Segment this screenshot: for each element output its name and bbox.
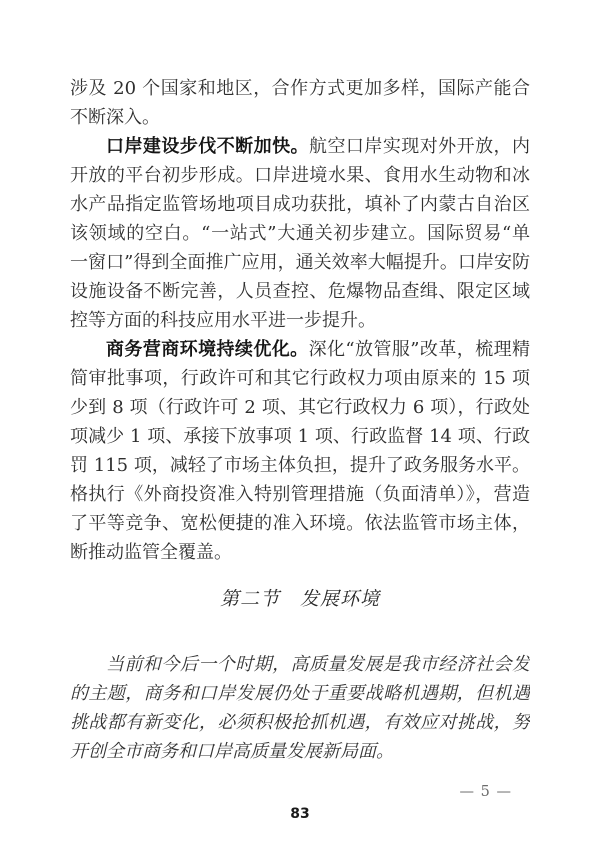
body-text: 涉及 20 个国家和地区，合作方式更加多样，国际产能合作不断深入。口岸建设步伐不… xyxy=(70,74,530,567)
line-text: 格执行《外商投资准入特别管理措施（负面清单）》，营造 xyxy=(70,484,530,505)
line-text: 深化“放管服”改革，梳理精 xyxy=(309,339,530,360)
line-text: 不断深入。 xyxy=(70,107,160,128)
scan-page-number: 83 xyxy=(0,806,600,822)
line-text: 项减少 1 项、承接下放事项 1 项、行政监督 14 项、行政处 xyxy=(70,426,530,451)
text-line: 商务营商环境持续优化。深化“放管服”改革，梳理精 xyxy=(70,335,530,364)
text-line: 该领域的空白。“一站式”大通关初步建立。国际贸易“单 xyxy=(70,219,530,248)
line-text: 断推动监管全覆盖。 xyxy=(70,542,232,563)
line-text: 水产品指定监管场地项目成功获批，填补了内蒙古自治区在 xyxy=(70,194,530,219)
text-line: 水产品指定监管场地项目成功获批，填补了内蒙古自治区在 xyxy=(70,190,530,219)
text-line: 的主题，商务和口岸发展仍处于重要战略机遇期，但机遇和 xyxy=(70,679,530,708)
section-text: 当前和今后一个时期，高质量发展是我市经济社会发展的主题，商务和口岸发展仍处于重要… xyxy=(70,650,530,766)
line-text: 开创全市商务和口岸高质量发展新局面。 xyxy=(70,741,394,762)
document-page: 涉及 20 个国家和地区，合作方式更加多样，国际产能合作不断深入。口岸建设步伐不… xyxy=(0,0,600,848)
line-text: 该领域的空白。“一站式”大通关初步建立。国际贸易“单 xyxy=(70,223,530,244)
text-line: 一窗口”得到全面推广应用，通关效率大幅提升。口岸安防 xyxy=(70,248,530,277)
text-line: 罚 115 项，减轻了市场主体负担，提升了政务服务水平。严 xyxy=(70,451,530,480)
line-text: 的主题，商务和口岸发展仍处于重要战略机遇期，但机遇和 xyxy=(70,683,530,708)
text-line: 口岸建设步伐不断加快。航空口岸实现对外开放，内陆 xyxy=(70,132,530,161)
page-content: 涉及 20 个国家和地区，合作方式更加多样，国际产能合作不断深入。口岸建设步伐不… xyxy=(70,74,530,766)
text-line: 不断深入。 xyxy=(70,103,530,132)
bold-lead-in: 口岸建设步伐不断加快。 xyxy=(106,136,309,157)
section-heading: 第二节 发展环境 xyxy=(70,585,530,614)
text-line: 设施设备不断完善，人员查控、危爆物品查缉、限定区域管 xyxy=(70,277,530,306)
text-line: 少到 8 项（行政许可 2 项、其它行政权力 6 项），行政处罚 xyxy=(70,393,530,422)
line-text: 简审批事项，行政许可和其它行政权力项由原来的 15 项减 xyxy=(70,368,530,393)
text-line: 涉及 20 个国家和地区，合作方式更加多样，国际产能合作 xyxy=(70,74,530,103)
text-line: 挑战都有新变化，必须积极抢抓机遇，有效应对挑战，努力 xyxy=(70,708,530,737)
line-text: 一窗口”得到全面推广应用，通关效率大幅提升。口岸安防 xyxy=(70,252,530,273)
text-line: 了平等竞争、宽松便捷的准入环境。依法监管市场主体，不 xyxy=(70,509,530,538)
text-line: 开放的平台初步形成。口岸进境水果、食用水生动物和冰鲜 xyxy=(70,161,530,190)
text-line: 当前和今后一个时期，高质量发展是我市经济社会发展 xyxy=(70,650,530,679)
line-text: 控等方面的科技应用水平进一步提升。 xyxy=(70,310,376,331)
line-text: 挑战都有新变化，必须积极抢抓机遇，有效应对挑战，努力 xyxy=(70,712,530,737)
line-text: 设施设备不断完善，人员查控、危爆物品查缉、限定区域管 xyxy=(70,281,530,306)
text-line: 简审批事项，行政许可和其它行政权力项由原来的 15 项减 xyxy=(70,364,530,393)
line-text: 当前和今后一个时期，高质量发展是我市经济社会发展 xyxy=(106,654,530,679)
footer-page-number: — 5 — xyxy=(460,781,512,803)
bold-lead-in: 商务营商环境持续优化。 xyxy=(106,339,309,360)
line-text: 涉及 20 个国家和地区，合作方式更加多样，国际产能合作 xyxy=(70,78,530,103)
line-text: 罚 115 项，减轻了市场主体负担，提升了政务服务水平。严 xyxy=(70,455,530,480)
text-line: 开创全市商务和口岸高质量发展新局面。 xyxy=(70,737,530,766)
line-text: 了平等竞争、宽松便捷的准入环境。依法监管市场主体，不 xyxy=(70,513,530,538)
line-text: 开放的平台初步形成。口岸进境水果、食用水生动物和冰鲜 xyxy=(70,165,530,190)
text-line: 控等方面的科技应用水平进一步提升。 xyxy=(70,306,530,335)
line-text: 少到 8 项（行政许可 2 项、其它行政权力 6 项），行政处罚 xyxy=(70,397,530,422)
text-line: 断推动监管全覆盖。 xyxy=(70,538,530,567)
text-line: 项减少 1 项、承接下放事项 1 项、行政监督 14 项、行政处 xyxy=(70,422,530,451)
text-line: 格执行《外商投资准入特别管理措施（负面清单）》，营造 xyxy=(70,480,530,509)
